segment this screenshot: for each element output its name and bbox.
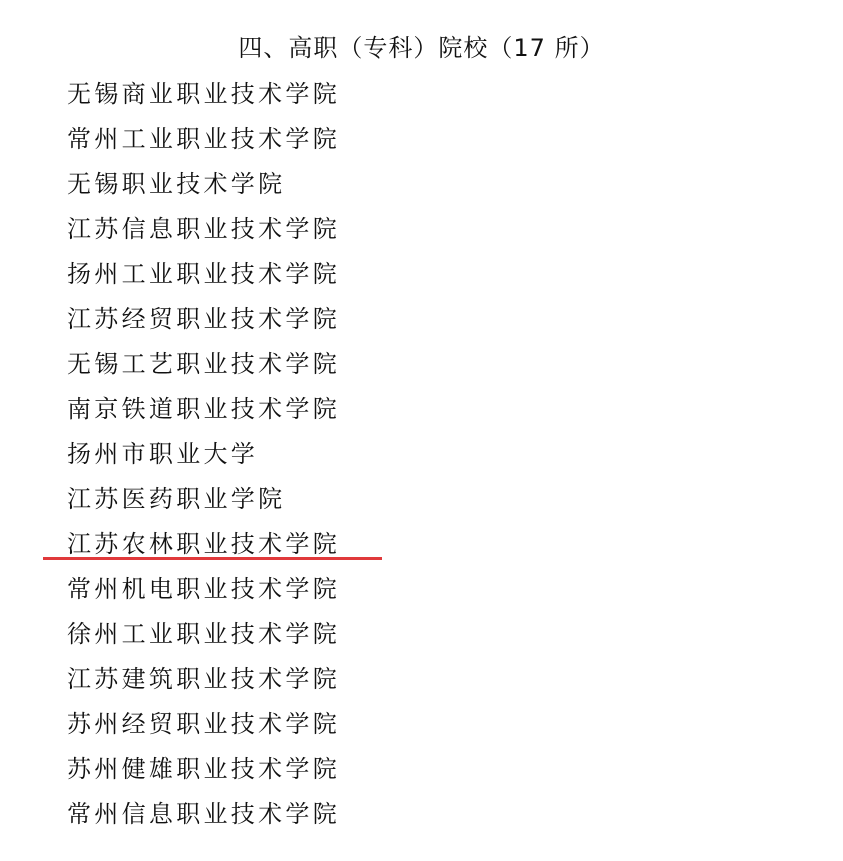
school-item: 扬州工业职业技术学院 bbox=[67, 252, 340, 297]
school-item: 无锡职业技术学院 bbox=[67, 162, 340, 207]
school-item: 江苏建筑职业技术学院 bbox=[67, 657, 340, 702]
school-list: 无锡商业职业技术学院 常州工业职业技术学院 无锡职业技术学院 江苏信息职业技术学… bbox=[67, 72, 340, 837]
school-item: 徐州工业职业技术学院 bbox=[67, 612, 340, 657]
school-item: 常州机电职业技术学院 bbox=[67, 567, 340, 612]
school-item-highlighted: 江苏农林职业技术学院 bbox=[67, 522, 340, 567]
school-item: 江苏信息职业技术学院 bbox=[67, 207, 340, 252]
school-item: 常州信息职业技术学院 bbox=[67, 792, 340, 837]
school-item: 无锡工艺职业技术学院 bbox=[67, 342, 340, 387]
school-item: 苏州经贸职业技术学院 bbox=[67, 702, 340, 747]
red-underline-highlight bbox=[43, 557, 382, 560]
school-item: 苏州健雄职业技术学院 bbox=[67, 747, 340, 792]
school-item: 江苏经贸职业技术学院 bbox=[67, 297, 340, 342]
school-item: 扬州市职业大学 bbox=[67, 432, 340, 477]
school-item: 江苏医药职业学院 bbox=[67, 477, 340, 522]
school-item: 常州工业职业技术学院 bbox=[67, 117, 340, 162]
section-title: 四、高职（专科）院校（17 所） bbox=[0, 28, 843, 68]
school-item: 南京铁道职业技术学院 bbox=[67, 387, 340, 432]
school-item: 无锡商业职业技术学院 bbox=[67, 72, 340, 117]
